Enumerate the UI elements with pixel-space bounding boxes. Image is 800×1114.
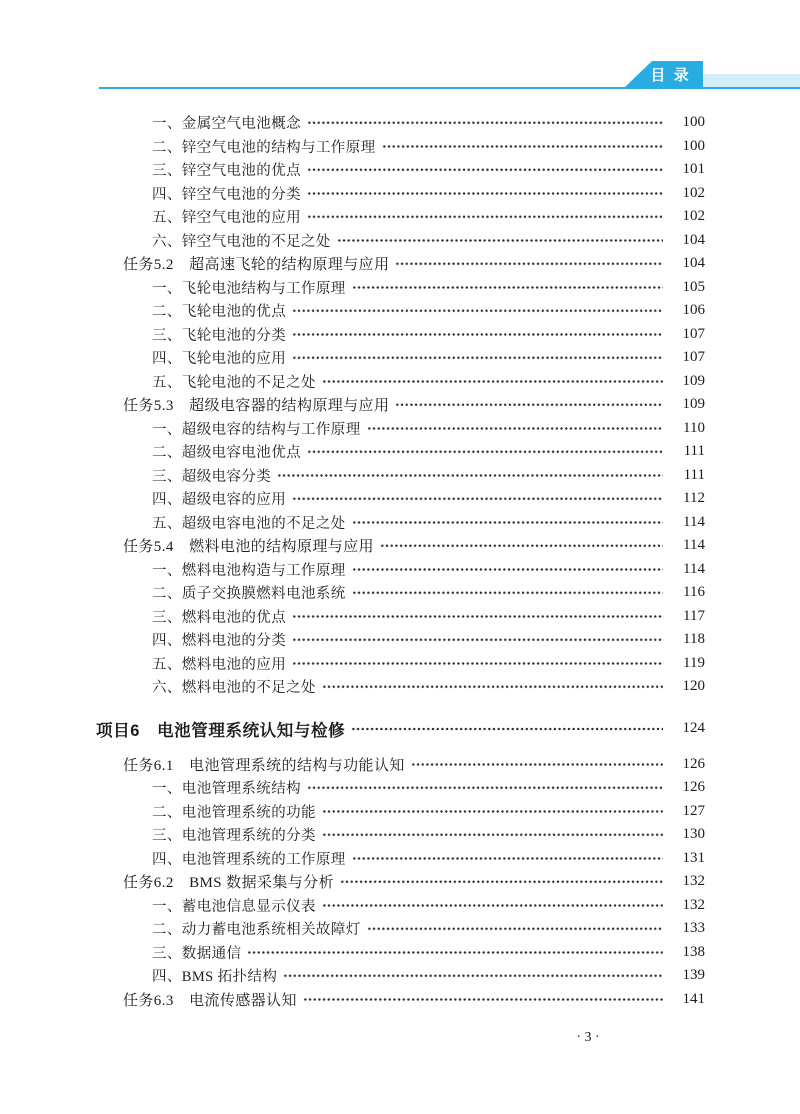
toc-entry-page: 126 bbox=[671, 756, 705, 773]
toc-entry: 一、电池管理系统结构126 bbox=[96, 776, 705, 800]
toc-entry-page: 106 bbox=[671, 302, 705, 319]
toc-entry: 任务6.1 电池管理系统的结构与功能认知126 bbox=[96, 753, 705, 777]
toc-entry: 三、电池管理系统的分类130 bbox=[96, 823, 705, 847]
toc-entry-page: 110 bbox=[671, 420, 705, 437]
toc-leader-dots bbox=[292, 299, 663, 323]
toc-entry: 二、锌空气电池的结构与工作原理100 bbox=[96, 135, 705, 159]
toc-leader-dots bbox=[292, 628, 663, 652]
folio-page-number: · 3 · bbox=[556, 1030, 620, 1046]
toc-entry: 三、超级电容分类111 bbox=[96, 464, 705, 488]
toc-entry-page: 139 bbox=[671, 967, 705, 984]
toc-leader-dots bbox=[411, 753, 663, 777]
toc-leader-dots bbox=[352, 558, 663, 582]
toc-leader-dots bbox=[303, 988, 663, 1012]
toc-leader-dots bbox=[351, 715, 663, 743]
toc-entry-text: 一、蓄电池信息显示仪表 bbox=[152, 895, 316, 916]
toc-entry: 任务6.2 BMS 数据采集与分析132 bbox=[96, 870, 705, 894]
toc-entry-text: 四、燃料电池的分类 bbox=[152, 629, 286, 650]
toc-entry: 四、燃料电池的分类118 bbox=[96, 628, 705, 652]
toc-entry-page: 102 bbox=[671, 208, 705, 225]
toc-entry-text: 任务5.4 燃料电池的结构原理与应用 bbox=[123, 535, 374, 556]
toc-entry-text: 四、锌空气电池的分类 bbox=[152, 183, 301, 204]
toc-entry-text: 四、BMS 拓扑结构 bbox=[152, 965, 277, 986]
toc-entry-page: 114 bbox=[671, 514, 705, 531]
toc-entry: 五、锌空气电池的应用102 bbox=[96, 205, 705, 229]
toc-entry: 六、锌空气电池的不足之处104 bbox=[96, 229, 705, 253]
toc-entry: 任务6.3 电流传感器认知141 bbox=[96, 988, 705, 1012]
toc-entry-text: 任务5.3 超级电容器的结构原理与应用 bbox=[123, 394, 389, 415]
toc-entry: 二、超级电容电池优点111 bbox=[96, 440, 705, 464]
toc-leader-dots bbox=[307, 440, 663, 464]
toc-entry: 一、燃料电池构造与工作原理114 bbox=[96, 558, 705, 582]
toc-entry-text: 二、锌空气电池的结构与工作原理 bbox=[152, 136, 376, 157]
toc-entry-text: 任务6.2 BMS 数据采集与分析 bbox=[123, 871, 334, 892]
toc-entry-page: 111 bbox=[671, 467, 705, 484]
toc-entry-text: 三、锌空气电池的优点 bbox=[152, 159, 301, 180]
toc-entry: 一、飞轮电池结构与工作原理105 bbox=[96, 276, 705, 300]
toc-leader-dots bbox=[322, 823, 663, 847]
toc-entry-text: 五、飞轮电池的不足之处 bbox=[152, 371, 316, 392]
toc-entry-text: 任务6.3 电流传感器认知 bbox=[123, 989, 297, 1010]
toc-entry-text: 四、飞轮电池的应用 bbox=[152, 347, 286, 368]
toc-leader-dots bbox=[395, 252, 663, 276]
toc-entry-page: 118 bbox=[671, 631, 705, 648]
toc-entry: 三、数据通信138 bbox=[96, 941, 705, 965]
toc-leader-dots bbox=[352, 511, 663, 535]
toc-entry-page: 131 bbox=[671, 850, 705, 867]
toc-entry-text: 四、电池管理系统的工作原理 bbox=[152, 848, 346, 869]
toc-entry-text: 一、超级电容的结构与工作原理 bbox=[152, 418, 361, 439]
toc-entry-page: 111 bbox=[671, 443, 705, 460]
toc-entry: 一、蓄电池信息显示仪表132 bbox=[96, 894, 705, 918]
toc-entry-text: 二、超级电容电池优点 bbox=[152, 441, 301, 462]
toc-entry-text: 一、燃料电池构造与工作原理 bbox=[152, 559, 346, 580]
toc-entry-text: 二、动力蓄电池系统相关故障灯 bbox=[152, 918, 361, 939]
toc-entry-text: 一、飞轮电池结构与工作原理 bbox=[152, 277, 346, 298]
toc-entry-text: 五、锌空气电池的应用 bbox=[152, 206, 301, 227]
toc-leader-dots bbox=[283, 964, 663, 988]
toc-leader-dots bbox=[352, 581, 663, 605]
toc-entry: 三、燃料电池的优点117 bbox=[96, 605, 705, 629]
toc-entry-page: 100 bbox=[671, 138, 705, 155]
toc-entry-page: 117 bbox=[671, 608, 705, 625]
toc-leader-dots bbox=[322, 894, 663, 918]
toc-leader-dots bbox=[367, 917, 663, 941]
toc-entry-page: 102 bbox=[671, 185, 705, 202]
toc-entry: 一、金属空气电池概念100 bbox=[96, 111, 705, 135]
toc-entry-text: 三、电池管理系统的分类 bbox=[152, 824, 316, 845]
toc-entry-text: 六、燃料电池的不足之处 bbox=[152, 676, 316, 697]
toc-leader-dots bbox=[307, 776, 663, 800]
toc-entry-text: 三、飞轮电池的分类 bbox=[152, 324, 286, 345]
toc-entry: 四、超级电容的应用112 bbox=[96, 487, 705, 511]
toc-leader-dots bbox=[382, 135, 664, 159]
toc-entry-text: 二、质子交换膜燃料电池系统 bbox=[152, 582, 346, 603]
toc-entry: 任务5.4 燃料电池的结构原理与应用114 bbox=[96, 534, 705, 558]
toc-leader-dots bbox=[277, 464, 663, 488]
toc-entry: 四、BMS 拓扑结构139 bbox=[96, 964, 705, 988]
toc-entry: 五、飞轮电池的不足之处109 bbox=[96, 370, 705, 394]
toc-entry: 项目6 电池管理系统认知与检修124 bbox=[96, 715, 705, 743]
toc-entry-page: 101 bbox=[671, 161, 705, 178]
toc-entry-text: 一、金属空气电池概念 bbox=[152, 112, 301, 133]
toc-entry-text: 五、超级电容电池的不足之处 bbox=[152, 512, 346, 533]
toc-entry-page: 132 bbox=[671, 897, 705, 914]
toc-entry-page: 109 bbox=[671, 373, 705, 390]
toc-entry: 二、电池管理系统的功能127 bbox=[96, 800, 705, 824]
toc-entry: 任务5.2 超高速飞轮的结构原理与应用104 bbox=[96, 252, 705, 276]
toc-leader-dots bbox=[352, 276, 663, 300]
toc-entry-text: 三、超级电容分类 bbox=[152, 465, 271, 486]
header-accent-strip bbox=[703, 74, 800, 87]
toc-entry-page: 114 bbox=[671, 561, 705, 578]
toc-entry-page: 116 bbox=[671, 584, 705, 601]
toc-entry: 四、电池管理系统的工作原理131 bbox=[96, 847, 705, 871]
toc-leader-dots bbox=[292, 323, 663, 347]
toc-entry-text: 二、电池管理系统的功能 bbox=[152, 801, 316, 822]
toc-entry-text: 五、燃料电池的应用 bbox=[152, 653, 286, 674]
toc-leader-dots bbox=[292, 346, 663, 370]
toc-entry-text: 任务6.1 电池管理系统的结构与功能认知 bbox=[123, 754, 405, 775]
toc-entry: 三、飞轮电池的分类107 bbox=[96, 323, 705, 347]
toc-leader-dots bbox=[337, 229, 663, 253]
toc-entry-page: 107 bbox=[671, 349, 705, 366]
toc-leader-dots bbox=[292, 652, 663, 676]
toc-entry: 四、飞轮电池的应用107 bbox=[96, 346, 705, 370]
toc-entry-page: 112 bbox=[671, 490, 705, 507]
toc-leader-dots bbox=[307, 158, 663, 182]
toc-entry-page: 105 bbox=[671, 279, 705, 296]
toc-entry-page: 124 bbox=[671, 720, 705, 737]
toc-entry-page: 120 bbox=[671, 678, 705, 695]
toc-entry: 五、超级电容电池的不足之处114 bbox=[96, 511, 705, 535]
toc-leader-dots bbox=[367, 417, 663, 441]
toc-entry: 二、动力蓄电池系统相关故障灯133 bbox=[96, 917, 705, 941]
toc-entry-page: 114 bbox=[671, 537, 705, 554]
toc-entry-text: 三、数据通信 bbox=[152, 942, 241, 963]
toc-entry-page: 138 bbox=[671, 944, 705, 961]
toc-entry-page: 141 bbox=[671, 991, 705, 1008]
toc-entry-page: 119 bbox=[671, 655, 705, 672]
toc-entry-text: 二、飞轮电池的优点 bbox=[152, 300, 286, 321]
toc-entry: 任务5.3 超级电容器的结构原理与应用109 bbox=[96, 393, 705, 417]
toc-list: 一、金属空气电池概念100二、锌空气电池的结构与工作原理100三、锌空气电池的优… bbox=[96, 111, 705, 1011]
toc-leader-dots bbox=[322, 370, 663, 394]
toc-entry: 二、质子交换膜燃料电池系统116 bbox=[96, 581, 705, 605]
toc-entry: 三、锌空气电池的优点101 bbox=[96, 158, 705, 182]
toc-entry-page: 104 bbox=[671, 255, 705, 272]
toc-entry-page: 107 bbox=[671, 326, 705, 343]
toc-entry: 五、燃料电池的应用119 bbox=[96, 652, 705, 676]
toc-leader-dots bbox=[292, 487, 663, 511]
toc-entry-page: 126 bbox=[671, 779, 705, 796]
toc-leader-dots bbox=[340, 870, 663, 894]
toc-leader-dots bbox=[395, 393, 663, 417]
toc-entry-text: 一、电池管理系统结构 bbox=[152, 777, 301, 798]
toc-leader-dots bbox=[307, 182, 663, 206]
toc-entry-page: 109 bbox=[671, 396, 705, 413]
toc-entry-page: 104 bbox=[671, 232, 705, 249]
toc-entry-page: 130 bbox=[671, 826, 705, 843]
toc-entry-text: 三、燃料电池的优点 bbox=[152, 606, 286, 627]
toc-leader-dots bbox=[380, 534, 663, 558]
toc-entry-text: 任务5.2 超高速飞轮的结构原理与应用 bbox=[123, 253, 389, 274]
toc-leader-dots bbox=[322, 800, 663, 824]
toc-entry-page: 133 bbox=[671, 920, 705, 937]
toc-leader-dots bbox=[247, 941, 663, 965]
toc-leader-dots bbox=[307, 111, 663, 135]
toc-header-tab: 目 录 bbox=[624, 61, 703, 88]
toc-entry-page: 132 bbox=[671, 873, 705, 890]
toc-entry-text: 项目6 电池管理系统认知与检修 bbox=[96, 717, 345, 741]
toc-header-label: 目 录 bbox=[650, 64, 690, 85]
toc-leader-dots bbox=[322, 675, 663, 699]
toc-entry: 六、燃料电池的不足之处120 bbox=[96, 675, 705, 699]
toc-entry: 一、超级电容的结构与工作原理110 bbox=[96, 417, 705, 441]
toc-entry: 四、锌空气电池的分类102 bbox=[96, 182, 705, 206]
toc-entry-page: 127 bbox=[671, 803, 705, 820]
toc-leader-dots bbox=[352, 847, 663, 871]
toc-entry-text: 六、锌空气电池的不足之处 bbox=[152, 230, 331, 251]
toc-leader-dots bbox=[307, 205, 663, 229]
toc-entry: 二、飞轮电池的优点106 bbox=[96, 299, 705, 323]
toc-leader-dots bbox=[292, 605, 663, 629]
toc-entry-text: 四、超级电容的应用 bbox=[152, 488, 286, 509]
toc-entry-page: 100 bbox=[671, 114, 705, 131]
